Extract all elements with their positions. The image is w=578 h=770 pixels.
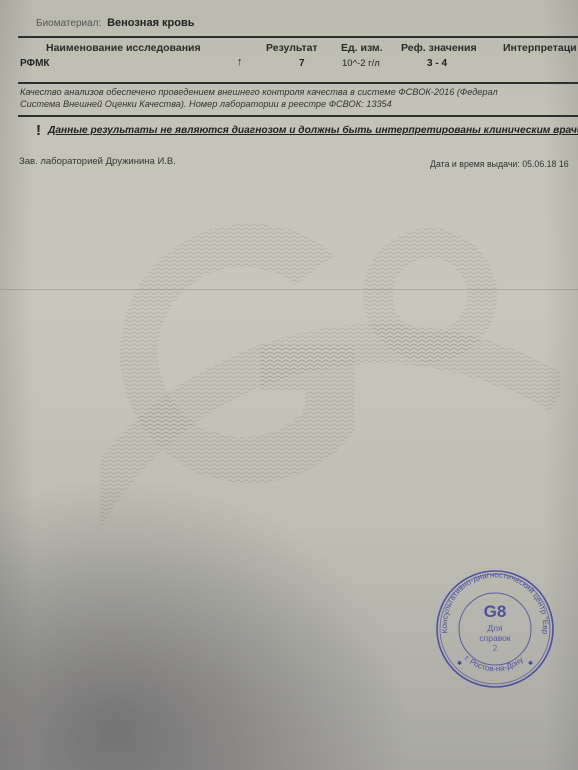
biomaterial-value: Венозная кровь bbox=[107, 17, 194, 29]
exclamation-icon: ! bbox=[36, 122, 41, 139]
stamp-star-icon: ✱ bbox=[528, 660, 533, 667]
test-name: РФМК bbox=[20, 58, 50, 69]
header-test-name: Наименование исследования bbox=[46, 42, 201, 54]
stamp-star-icon: ✱ bbox=[457, 660, 462, 667]
header-interpretation: Интерпретаци bbox=[503, 42, 577, 54]
unit-value: 10^-2 г/л bbox=[342, 58, 380, 69]
quality-note-line1: Качество анализов обеспечено проведением… bbox=[20, 86, 578, 98]
stamp-center-line1: Для bbox=[487, 623, 503, 633]
cropped-header-remnant bbox=[26, 0, 578, 6]
result-value: 7 bbox=[299, 58, 305, 69]
lab-head-signature: Зав. лабораторией Дружинина И.В. bbox=[19, 156, 176, 167]
biomaterial-label: Биоматериал: bbox=[36, 18, 101, 29]
reference-value: 3 - 4 bbox=[427, 58, 447, 69]
quality-note-line2: Система Внешней Оценки Качества). Номер … bbox=[20, 98, 578, 110]
biomaterial: Биоматериал: Венозная кровь bbox=[36, 17, 195, 29]
g8-watermark-logo bbox=[100, 195, 560, 555]
arrow-up-icon: ↑ bbox=[237, 56, 243, 68]
table-bottom-rule bbox=[18, 82, 578, 84]
stamp-g8-logo: G8 bbox=[484, 602, 507, 621]
issue-date: Дата и время выдачи: 05.06.18 16 bbox=[430, 159, 569, 169]
stamp-bottom-text: г. Ростов-на-Дону bbox=[463, 654, 525, 674]
stamp-center-line2: справок bbox=[479, 633, 510, 643]
svg-text:г. Ростов-на-Дону: г. Ростов-на-Дону bbox=[463, 654, 525, 674]
paper-fold-line bbox=[0, 289, 578, 290]
header-result: Результат bbox=[266, 42, 318, 54]
table-top-rule bbox=[18, 36, 578, 38]
disclaimer-text: Данные результаты не являются диагнозом … bbox=[48, 125, 578, 136]
header-reference: Реф. значения bbox=[401, 42, 477, 54]
clinic-stamp: Консультативно-диагностический центр "Ев… bbox=[430, 565, 560, 690]
note-bottom-rule bbox=[18, 115, 578, 117]
quality-note: Качество анализов обеспечено проведением… bbox=[20, 86, 578, 110]
header-unit: Ед. изм. bbox=[341, 42, 383, 54]
stamp-center-line3: 2 bbox=[493, 644, 498, 653]
